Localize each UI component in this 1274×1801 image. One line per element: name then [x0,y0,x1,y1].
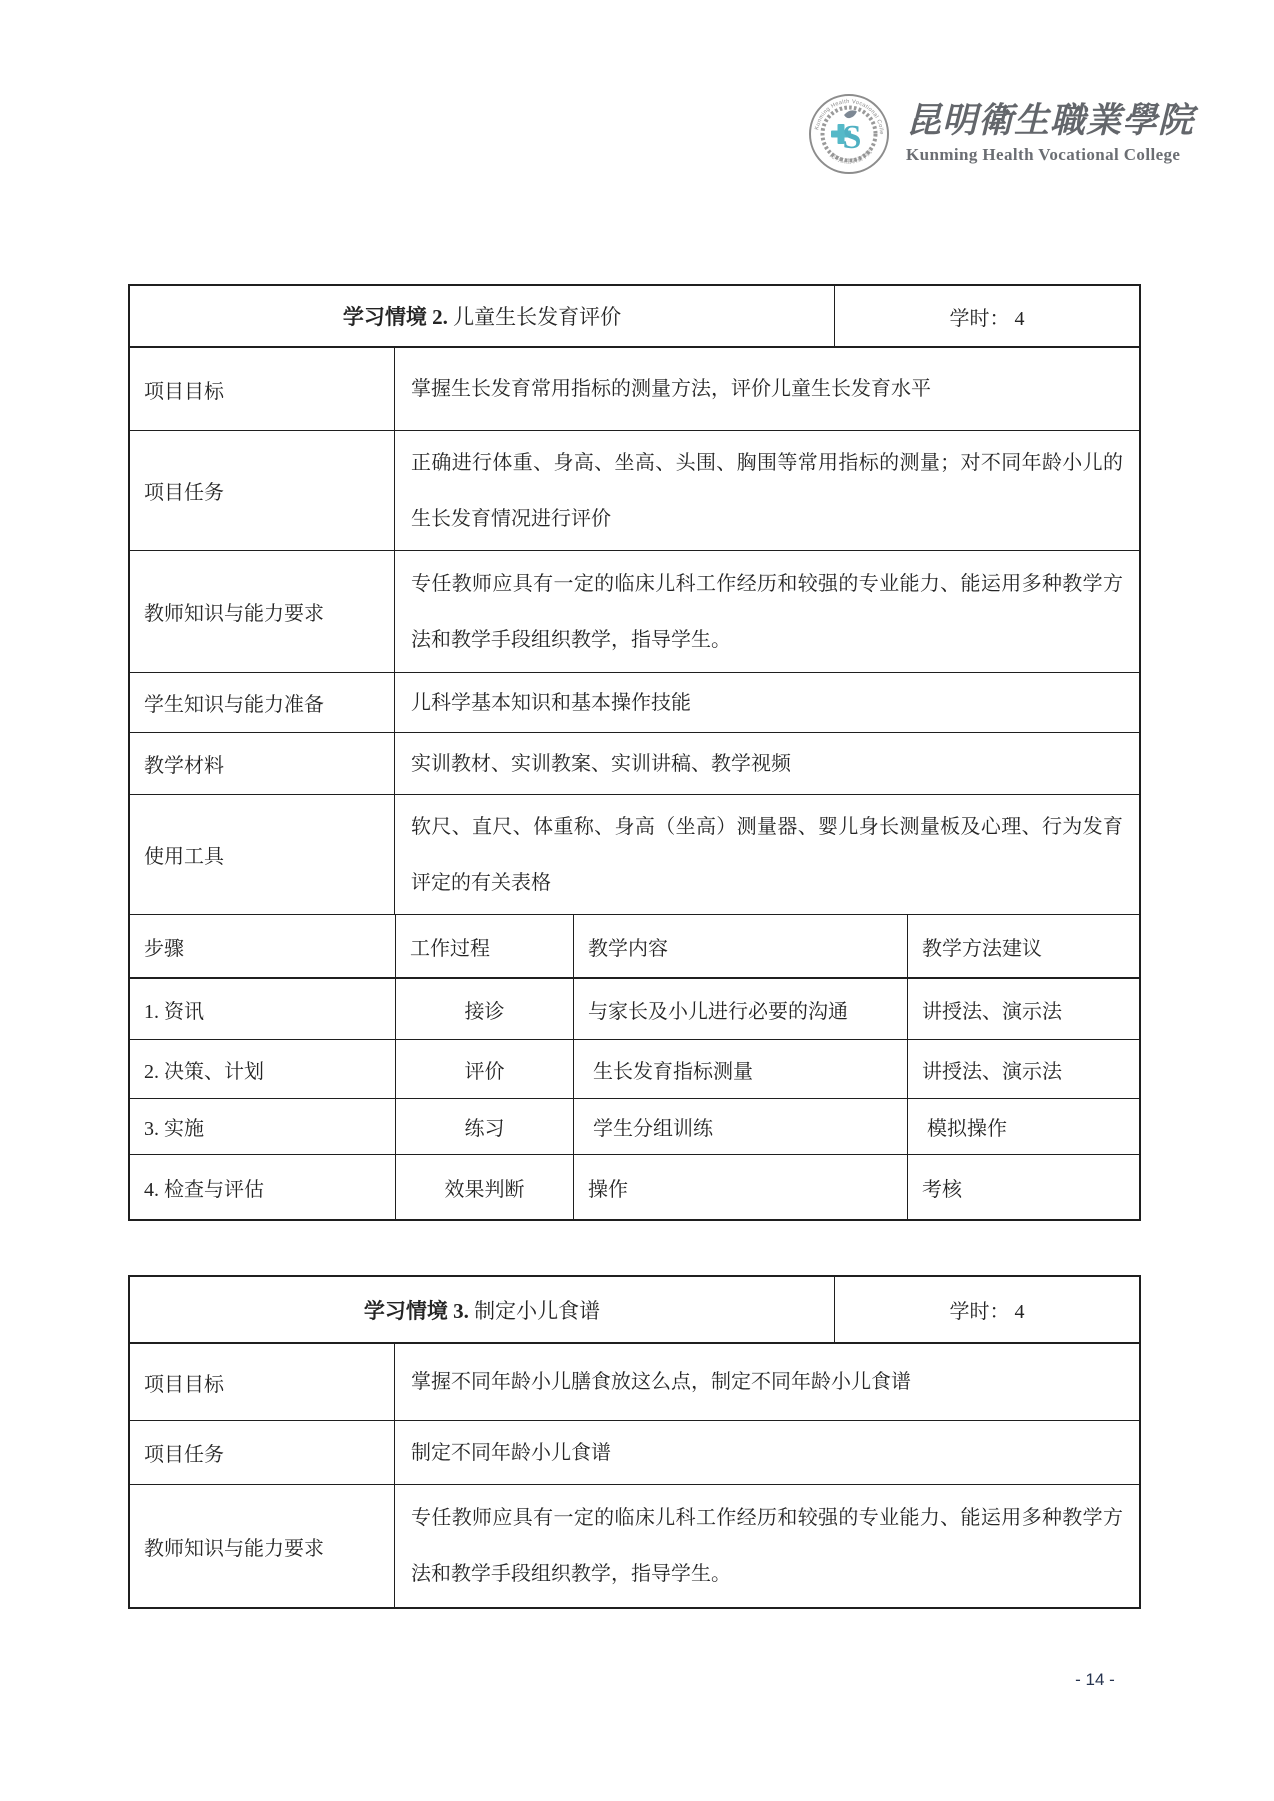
college-name-english: Kunming Health Vocational College [906,145,1194,165]
row-content: 儿科学基本知识和基本操作技能 [394,673,1139,732]
step-name-cell: 3. 实施 [130,1099,395,1154]
teaching-method-cell: 考核 [907,1155,1139,1219]
row-content: 正确进行体重、身高、坐高、头围、胸围等常用指标的测量；对不同年龄小儿的生长发育情… [394,431,1139,550]
row-label-text: 教学材料 [144,749,224,778]
steps-header-text: 教学方法建议 [922,932,1042,961]
steps-row: 3. 实施 练习 学生分组训练 模拟操作 [130,1098,1139,1154]
row-content-text: 掌握不同年龄小儿膳食放这么点，制定不同年龄小儿食谱 [411,1354,1123,1410]
row-content-text: 儿科学基本知识和基本操作技能 [411,675,1123,731]
row-content: 实训教材、实训教案、实训讲稿、教学视频 [394,733,1139,794]
row-content: 制定不同年龄小儿食谱 [394,1421,1139,1484]
college-logo: Kunming Health Vocational College 昆明卫生职业… [808,92,1194,176]
teaching-content: 学生分组训练 [588,1112,713,1141]
teaching-content: 操作 [588,1173,628,1202]
row-content-text: 专任教师应具有一定的临床儿科工作经历和较强的专业能力、能运用多种教学方法和教学手… [411,556,1123,668]
row-content: 专任教师应具有一定的临床儿科工作经历和较强的专业能力、能运用多种教学方法和教学手… [394,1485,1139,1607]
scenario-title-cell: 学习情境 3. 制定小儿食谱 [130,1277,834,1342]
table-row: 教师知识与能力要求 专任教师应具有一定的临床儿科工作经历和较强的专业能力、能运用… [130,550,1139,672]
emblem-letter: S [843,119,862,156]
teaching-content-cell: 学生分组训练 [573,1099,907,1154]
work-process-cell: 练习 [395,1099,573,1154]
table-row: 项目任务 制定不同年龄小儿食谱 [130,1420,1139,1484]
table-row: 学生知识与能力准备 儿科学基本知识和基本操作技能 [130,672,1139,732]
row-content-text: 掌握生长发育常用指标的测量方法，评价儿童生长发育水平 [411,361,1123,417]
document-page: Kunming Health Vocational College 昆明卫生职业… [0,0,1274,1801]
row-content: 掌握生长发育常用指标的测量方法，评价儿童生长发育水平 [394,348,1139,430]
step-name-cell: 4. 检查与评估 [130,1155,395,1219]
table-row: 使用工具 软尺、直尺、体重称、身高（坐高）测量器、婴儿身长测量板及心理、行为发育… [130,794,1139,914]
learning-scenario-3-table: 学习情境 3. 制定小儿食谱 学时： 4 项目目标 掌握不同年龄小儿膳食放这么点… [128,1275,1141,1609]
work-process: 练习 [465,1112,505,1141]
row-label: 学生知识与能力准备 [130,673,394,732]
row-label: 项目目标 [130,1344,394,1420]
steps-row: 2. 决策、计划 评价 生长发育指标测量 讲授法、演示法 [130,1039,1139,1098]
row-content: 软尺、直尺、体重称、身高（坐高）测量器、婴儿身长测量板及心理、行为发育评定的有关… [394,795,1139,914]
step-name-cell: 2. 决策、计划 [130,1040,395,1098]
row-content-text: 正确进行体重、身高、坐高、头围、胸围等常用指标的测量；对不同年龄小儿的生长发育情… [411,435,1123,547]
row-label: 使用工具 [130,795,394,914]
table-row: 教师知识与能力要求 专任教师应具有一定的临床儿科工作经历和较强的专业能力、能运用… [130,1484,1139,1607]
class-hours-value: 学时： 4 [950,1295,1025,1324]
row-content-text: 专任教师应具有一定的临床儿科工作经历和较强的专业能力、能运用多种教学方法和教学手… [411,1490,1123,1602]
scenario-title-number: 学习情境 2. [343,301,448,331]
step-name-cell: 1. 资讯 [130,979,395,1039]
row-label-text: 学生知识与能力准备 [144,688,324,717]
steps-row: 1. 资讯 接诊 与家长及小儿进行必要的沟通 讲授法、演示法 [130,977,1139,1039]
steps-header-row: 步骤 工作过程 教学内容 教学方法建议 [130,914,1139,977]
row-label-text: 教师知识与能力要求 [144,597,324,626]
class-hours-cell: 学时： 4 [834,1277,1139,1342]
steps-header-text: 教学内容 [588,932,668,961]
row-label-text: 项目目标 [144,1368,224,1397]
scenario-title-number: 学习情境 3. [364,1295,469,1325]
row-label-text: 教师知识与能力要求 [144,1532,324,1561]
row-label-text: 项目目标 [144,375,224,404]
teaching-content: 与家长及小儿进行必要的沟通 [588,995,848,1024]
teaching-method: 模拟操作 [922,1112,1007,1141]
table-row: 项目任务 正确进行体重、身高、坐高、头围、胸围等常用指标的测量；对不同年龄小儿的… [130,430,1139,550]
row-content-text: 软尺、直尺、体重称、身高（坐高）测量器、婴儿身长测量板及心理、行为发育评定的有关… [411,799,1123,911]
work-process-cell: 效果判断 [395,1155,573,1219]
row-content: 专任教师应具有一定的临床儿科工作经历和较强的专业能力、能运用多种教学方法和教学手… [394,551,1139,672]
row-label: 教师知识与能力要求 [130,1485,394,1607]
work-process-cell: 接诊 [395,979,573,1039]
teaching-method-cell: 讲授法、演示法 [907,1040,1139,1098]
scenario-title-text: 儿童生长发育评价 [448,301,621,331]
class-hours-cell: 学时： 4 [834,286,1139,346]
row-label: 项目任务 [130,431,394,550]
teaching-content: 生长发育指标测量 [588,1055,753,1084]
teaching-content-cell: 与家长及小儿进行必要的沟通 [573,979,907,1039]
steps-header-cell: 步骤 [130,915,395,977]
steps-row: 4. 检查与评估 效果判断 操作 考核 [130,1154,1139,1219]
page-number: - 14 - [1040,1670,1150,1690]
steps-header-text: 步骤 [144,932,184,961]
scenario-title-text: 制定小儿食谱 [469,1295,600,1325]
row-content-text: 制定不同年龄小儿食谱 [411,1425,1123,1481]
row-label: 项目目标 [130,348,394,430]
table-row: 教学材料 实训教材、实训教案、实训讲稿、教学视频 [130,732,1139,794]
step-name: 2. 决策、计划 [144,1055,264,1084]
row-label: 教学材料 [130,733,394,794]
college-name-calligraphy: 昆明衛生職業學院 [906,100,1194,142]
teaching-content-cell: 操作 [573,1155,907,1219]
teaching-method-cell: 讲授法、演示法 [907,979,1139,1039]
college-logo-text: 昆明衛生職業學院 Kunming Health Vocational Colle… [906,100,1194,165]
steps-header-cell: 教学内容 [573,915,907,977]
work-process-cell: 评价 [395,1040,573,1098]
step-name: 3. 实施 [144,1112,204,1141]
row-label-text: 项目任务 [144,476,224,505]
work-process: 评价 [465,1055,505,1084]
learning-scenario-2-table: 学习情境 2. 儿童生长发育评价 学时： 4 项目目标 掌握生长发育常用指标的测… [128,284,1141,1221]
scenario-title-cell: 学习情境 2. 儿童生长发育评价 [130,286,834,346]
table-row: 项目目标 掌握生长发育常用指标的测量方法，评价儿童生长发育水平 [130,346,1139,430]
row-content: 掌握不同年龄小儿膳食放这么点，制定不同年龄小儿食谱 [394,1344,1139,1420]
row-label: 项目任务 [130,1421,394,1484]
teaching-method: 讲授法、演示法 [922,1055,1062,1084]
step-name: 1. 资讯 [144,995,204,1024]
teaching-method: 考核 [922,1173,962,1202]
college-emblem-icon: Kunming Health Vocational College 昆明卫生职业… [808,92,890,176]
work-process: 接诊 [465,995,505,1024]
teaching-content-cell: 生长发育指标测量 [573,1040,907,1098]
row-label: 教师知识与能力要求 [130,551,394,672]
step-name: 4. 检查与评估 [144,1173,264,1202]
row-label-text: 项目任务 [144,1438,224,1467]
steps-header-text: 工作过程 [410,932,490,961]
teaching-method-cell: 模拟操作 [907,1099,1139,1154]
table-row: 项目目标 掌握不同年龄小儿膳食放这么点，制定不同年龄小儿食谱 [130,1342,1139,1420]
steps-header-cell: 教学方法建议 [907,915,1139,977]
table-row: 学习情境 3. 制定小儿食谱 学时： 4 [130,1277,1139,1342]
class-hours-value: 学时： 4 [950,302,1025,331]
row-content-text: 实训教材、实训教案、实训讲稿、教学视频 [411,736,1123,792]
work-process: 效果判断 [445,1173,525,1202]
teaching-method: 讲授法、演示法 [922,995,1062,1024]
row-label-text: 使用工具 [144,840,224,869]
table-row: 学习情境 2. 儿童生长发育评价 学时： 4 [130,286,1139,346]
steps-header-cell: 工作过程 [395,915,573,977]
